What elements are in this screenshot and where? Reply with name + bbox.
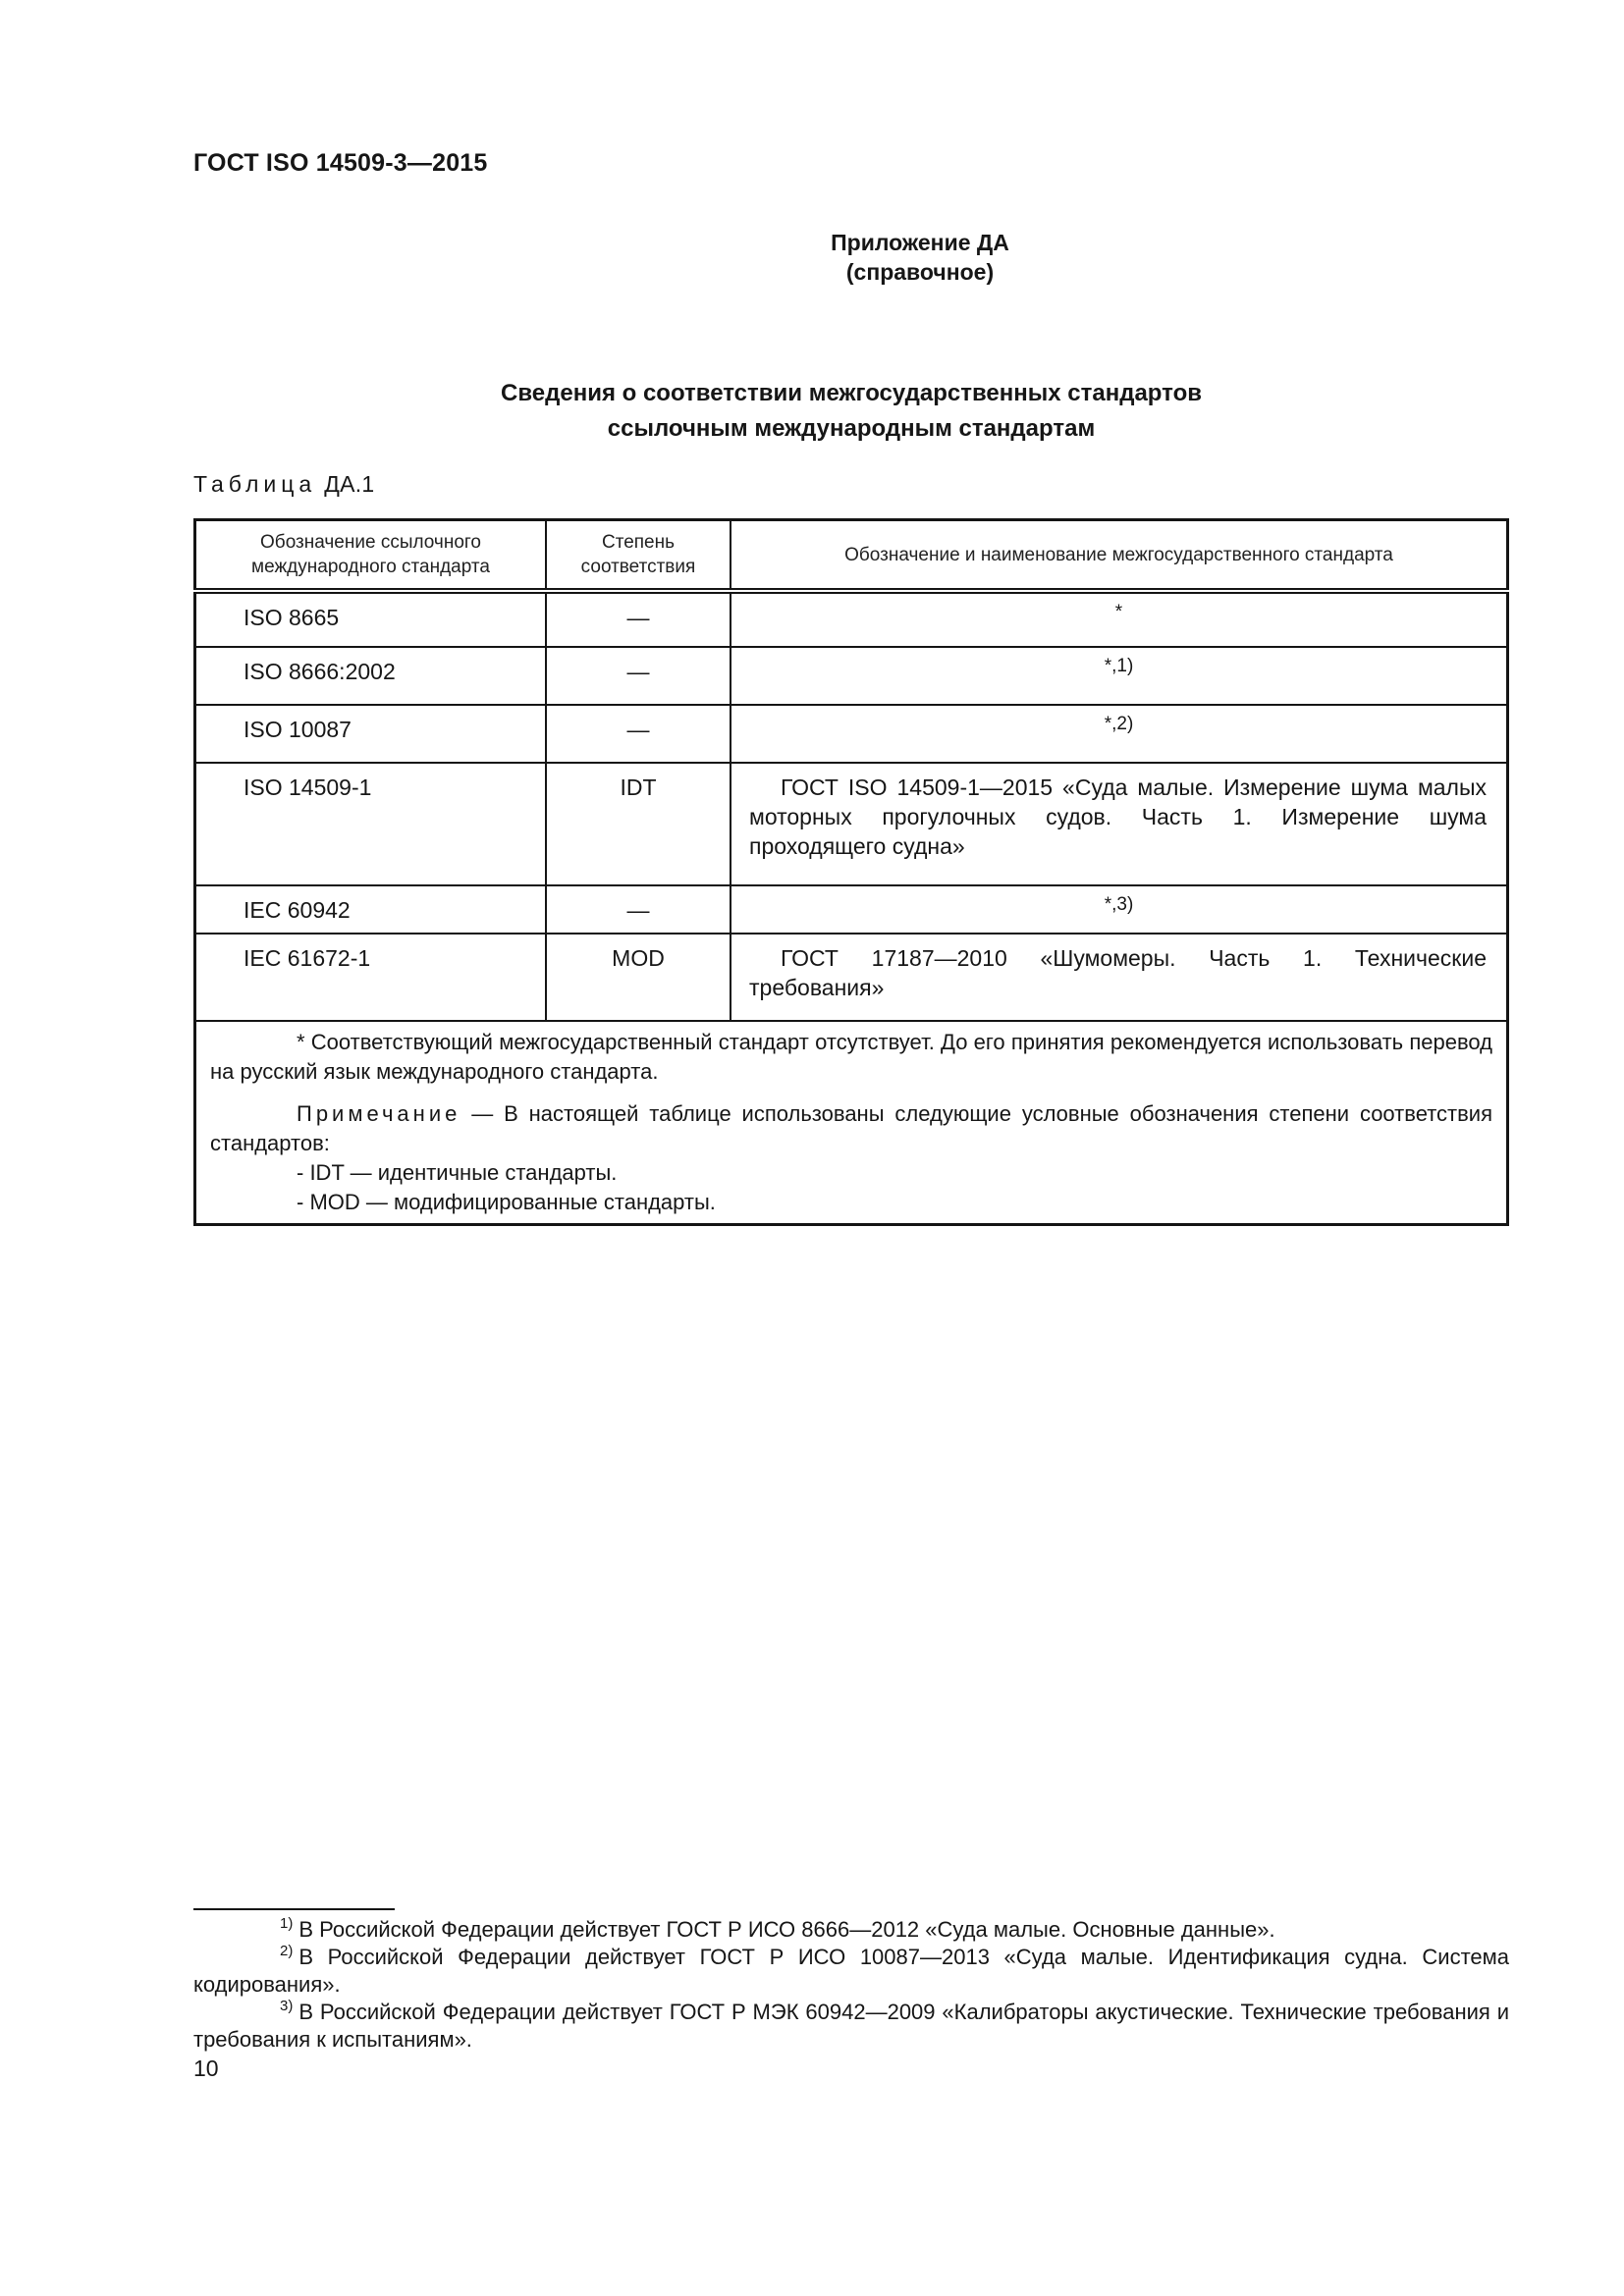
column-header-interstate-standard: Обозначение и наименование межгосударств… — [731, 520, 1508, 592]
cell-code: ISO 14509-1 — [195, 763, 547, 885]
table-notes: * Соответствующий межгосударственный ста… — [195, 1021, 1508, 1225]
cell-code: IEC 61672-1 — [195, 934, 547, 1021]
footnote-1: 1)В Российской Федерации действует ГОСТ … — [193, 1916, 1509, 1944]
cell-degree: — — [546, 591, 731, 647]
section-title-line-2: ссылочным международным стандартам — [193, 411, 1509, 447]
footnotes: 1)В Российской Федерации действует ГОСТ … — [193, 1916, 1509, 2054]
table-caption-id: ДА.1 — [324, 471, 374, 497]
cell-name: *,1) — [731, 647, 1508, 705]
asterisk-note: * Соответствующий межгосударственный ста… — [210, 1028, 1492, 1087]
cell-name-text: ГОСТ 17187—2010 «Шумомеры. Часть 1. Техн… — [749, 945, 1487, 1000]
footnote-mark: 2) — [280, 1943, 293, 1959]
appendix-title: Приложение ДА — [216, 228, 1624, 257]
section-title: Сведения о соответствии межгосударственн… — [193, 376, 1509, 447]
cell-degree: — — [546, 885, 731, 934]
table-row: IEC 61672-1 MOD ГОСТ 17187—2010 «Шумомер… — [195, 934, 1508, 1021]
table-notes-row: * Соответствующий межгосударственный ста… — [195, 1021, 1508, 1225]
table-caption: ТаблицаДА.1 — [193, 471, 375, 498]
table-caption-word: Таблица — [193, 471, 316, 497]
note-label: Примечание — [297, 1101, 460, 1126]
cell-code: ISO 8666:2002 — [195, 647, 547, 705]
cell-code: IEC 60942 — [195, 885, 547, 934]
table-row: ISO 8666:2002 — *,1) — [195, 647, 1508, 705]
cell-name-text: ГОСТ ISO 14509-1—2015 «Суда малые. Измер… — [749, 774, 1487, 859]
document-code: ГОСТ ISO 14509-3—2015 — [193, 149, 488, 178]
cell-code: ISO 8665 — [195, 591, 547, 647]
table-header-row: Обозначение ссылочного международного ст… — [195, 520, 1508, 592]
cell-name: *,2) — [731, 705, 1508, 763]
cell-degree: IDT — [546, 763, 731, 885]
standards-correspondence-table: Обозначение ссылочного международного ст… — [193, 518, 1509, 1226]
footnote-text: В Российской Федерации действует ГОСТ Р … — [193, 2000, 1509, 2052]
cell-name: *,3) — [731, 885, 1508, 934]
appendix-subtitle: (справочное) — [216, 257, 1624, 287]
note-item-mod: - MOD — модифицированные стандарты. — [210, 1188, 1492, 1217]
cell-degree: MOD — [546, 934, 731, 1021]
section-title-line-1: Сведения о соответствии межгосударственн… — [193, 376, 1509, 411]
table-row: IEC 60942 — *,3) — [195, 885, 1508, 934]
appendix-heading: Приложение ДА (справочное) — [0, 228, 1624, 287]
column-header-degree: Степень соответствия — [546, 520, 731, 592]
footnote-separator — [193, 1908, 395, 1910]
table-row: ISO 10087 — *,2) — [195, 705, 1508, 763]
cell-name: * — [731, 591, 1508, 647]
footnote-2: 2)В Российской Федерации действует ГОСТ … — [193, 1944, 1509, 1999]
page-number: 10 — [193, 2056, 219, 2082]
note-item-idt: - IDT — идентичные стандарты. — [210, 1158, 1492, 1188]
cell-name: ГОСТ ISO 14509-1—2015 «Суда малые. Измер… — [731, 763, 1508, 885]
footnote-text: В Российской Федерации действует ГОСТ Р … — [193, 1945, 1509, 1997]
table-row: ISO 8665 — * — [195, 591, 1508, 647]
cell-degree: — — [546, 647, 731, 705]
table-row: ISO 14509-1 IDT ГОСТ ISO 14509-1—2015 «С… — [195, 763, 1508, 885]
cell-degree: — — [546, 705, 731, 763]
cell-name: ГОСТ 17187—2010 «Шумомеры. Часть 1. Техн… — [731, 934, 1508, 1021]
column-header-reference-standard: Обозначение ссылочного международного ст… — [195, 520, 547, 592]
footnote-3: 3)В Российской Федерации действует ГОСТ … — [193, 1999, 1509, 2054]
note-paragraph: Примечание — В настоящей таблице использ… — [210, 1099, 1492, 1158]
footnote-text: В Российской Федерации действует ГОСТ Р … — [298, 1917, 1274, 1942]
cell-code: ISO 10087 — [195, 705, 547, 763]
footnote-mark: 1) — [280, 1915, 293, 1932]
footnote-mark: 3) — [280, 1998, 293, 2014]
